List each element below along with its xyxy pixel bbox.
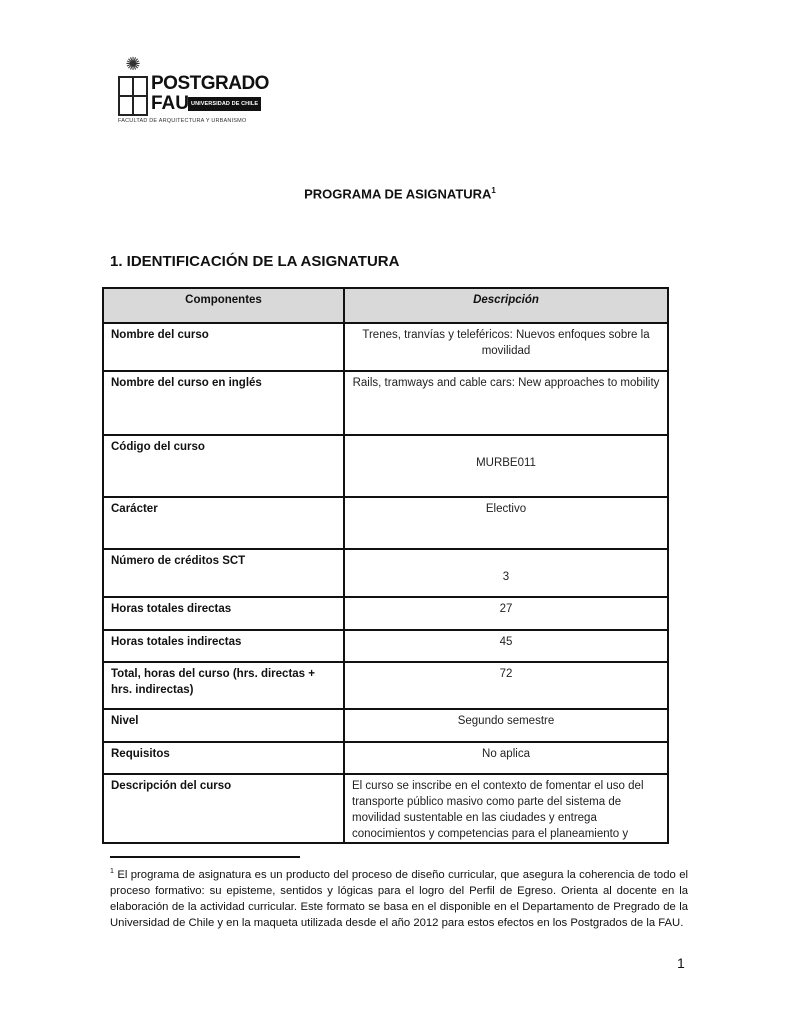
row-value: Electivo — [344, 497, 668, 549]
spacer — [352, 439, 660, 455]
table-row: Horas totales indirectas 45 — [103, 630, 668, 662]
row-label: Nivel — [103, 709, 344, 742]
university-crest-icon — [118, 76, 148, 116]
row-label: Nombre del curso — [103, 323, 344, 371]
row-value: 3 — [503, 571, 509, 583]
row-label: Carácter — [103, 497, 344, 549]
table-header-row: Componentes Descripción — [103, 288, 668, 323]
table-row: Descripción del curso El curso se inscri… — [103, 774, 668, 843]
row-value: Rails, tramways and cable cars: New appr… — [344, 371, 668, 435]
page-number: 1 — [677, 955, 685, 971]
row-label: Horas totales directas — [103, 597, 344, 630]
identification-table: Componentes Descripción Nombre del curso… — [102, 287, 669, 844]
logo-line1: POSTGRADO — [151, 74, 269, 94]
row-value-wrap: 3 — [344, 549, 668, 597]
row-value-wrap: MURBE011 — [344, 435, 668, 497]
row-label: Código del curso — [103, 435, 344, 497]
spacer — [352, 553, 660, 569]
row-value: No aplica — [344, 742, 668, 774]
row-value: 72 — [344, 662, 668, 709]
table-row: Número de créditos SCT 3 — [103, 549, 668, 597]
section-heading: 1. IDENTIFICACIÓN DE LA ASIGNATURA — [110, 253, 399, 270]
footnote-ref: 1 — [491, 186, 495, 195]
logo-subtitle: FACULTAD DE ARQUITECTURA Y URBANISMO — [118, 118, 246, 124]
row-label: Total, horas del curso (hrs. directas + … — [103, 662, 344, 709]
row-value: 27 — [344, 597, 668, 630]
row-value: Segundo semestre — [344, 709, 668, 742]
postgrado-fau-logo: ✺ POSTGRADO FAU UNIVERSIDAD DE CHILE FAC… — [116, 52, 266, 132]
row-label: Descripción del curso — [103, 774, 344, 843]
page-title-text: PROGRAMA DE ASIGNATURA — [304, 186, 491, 201]
row-value: Trenes, tranvías y teleféricos: Nuevos e… — [344, 323, 668, 371]
row-label: Horas totales indirectas — [103, 630, 344, 662]
footnote-separator — [110, 856, 300, 858]
row-label: Nombre del curso en inglés — [103, 371, 344, 435]
column-header-componentes: Componentes — [103, 288, 344, 323]
table-row: Nombre del curso Trenes, tranvías y tele… — [103, 323, 668, 371]
logo-line2: FAU — [151, 94, 189, 114]
sun-emblem-icon: ✺ — [123, 54, 143, 74]
row-label: Requisitos — [103, 742, 344, 774]
page-title: PROGRAMA DE ASIGNATURA1 — [0, 186, 800, 201]
footnote-text: El programa de asignatura es un producto… — [110, 869, 688, 929]
table-row: Nivel Segundo semestre — [103, 709, 668, 742]
table-row: Total, horas del curso (hrs. directas + … — [103, 662, 668, 709]
table-row: Horas totales directas 27 — [103, 597, 668, 630]
table-row: Nombre del curso en inglés Rails, tramwa… — [103, 371, 668, 435]
table-row: Requisitos No aplica — [103, 742, 668, 774]
row-value: MURBE011 — [476, 457, 536, 469]
row-value: 45 — [344, 630, 668, 662]
column-header-descripcion: Descripción — [344, 288, 668, 323]
table-row: Código del curso MURBE011 — [103, 435, 668, 497]
table-row: Carácter Electivo — [103, 497, 668, 549]
row-value: El curso se inscribe en el contexto de f… — [344, 774, 668, 843]
row-label: Número de créditos SCT — [103, 549, 344, 597]
logo-badge: UNIVERSIDAD DE CHILE — [188, 97, 261, 111]
footnote: 1 El programa de asignatura es un produc… — [110, 864, 688, 931]
